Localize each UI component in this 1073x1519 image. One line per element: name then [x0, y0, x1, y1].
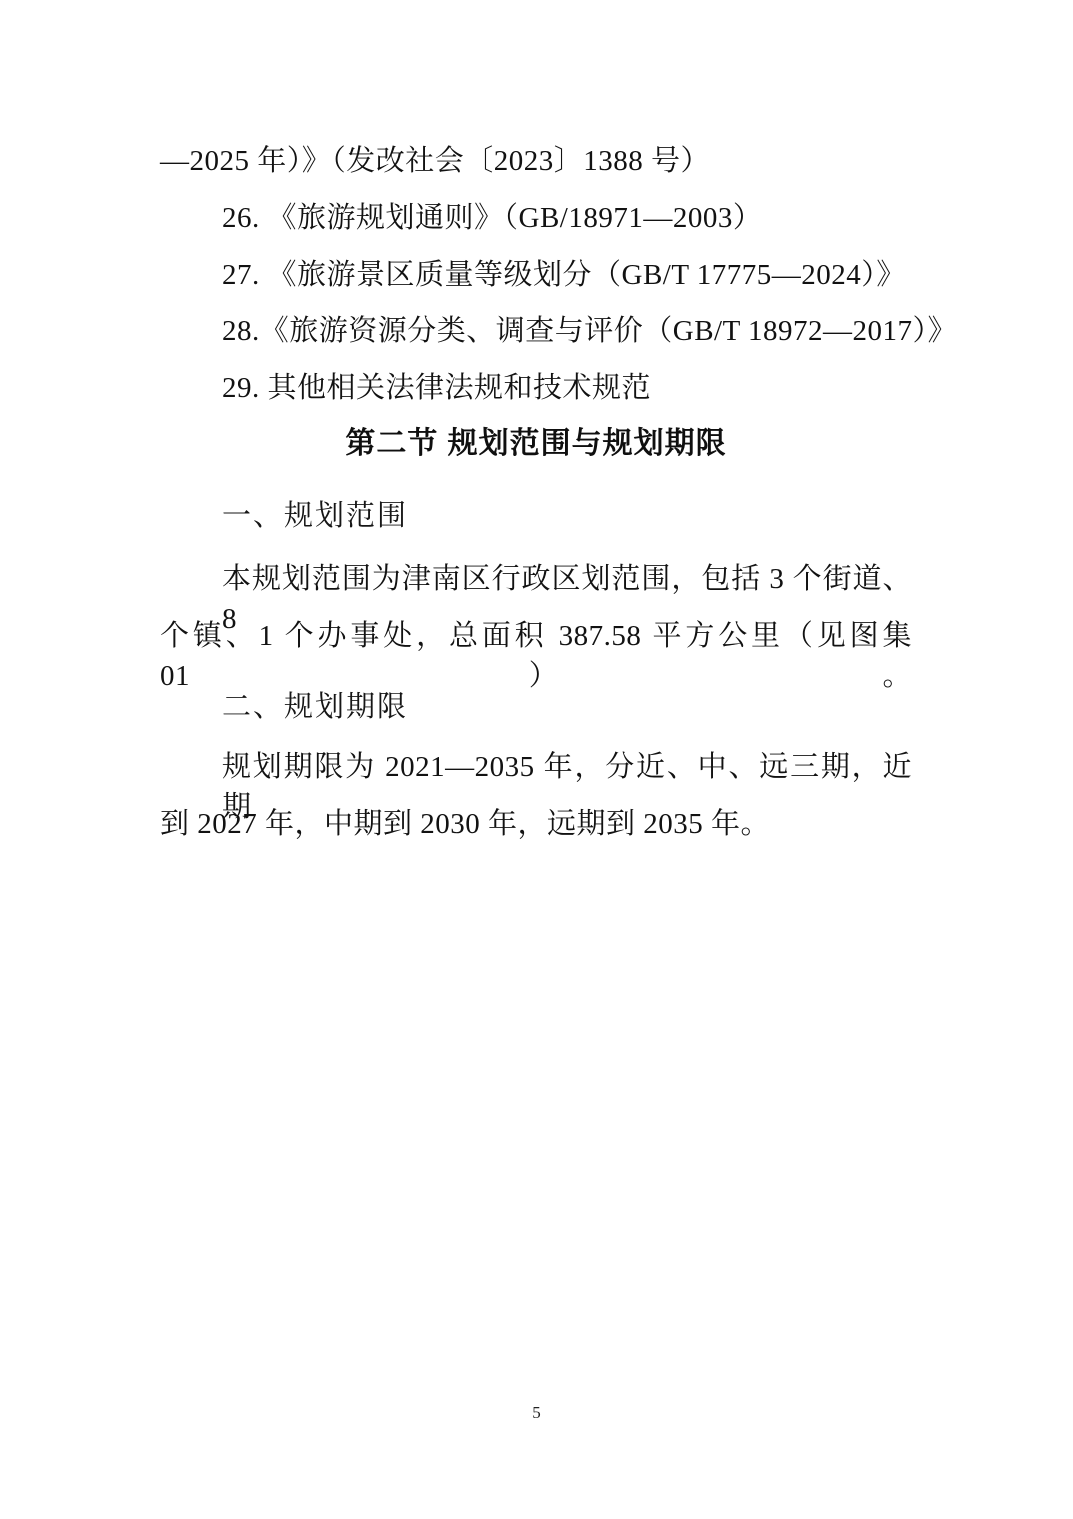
subsection-1-heading: 一、规划范围 [160, 496, 912, 536]
reference-item-28: 28.《旅游资源分类、调查与评价（GB/T 18972—2017）》 [160, 311, 912, 351]
document-page: —2025 年）》（发改社会〔2023〕1388 号） 26. 《旅游规划通则》… [0, 0, 1073, 1519]
subsection-2-heading: 二、规划期限 [160, 687, 912, 727]
reference-item-27: 27. 《旅游景区质量等级划分（GB/T 17775—2024）》 [160, 255, 912, 295]
reference-item-26: 26. 《旅游规划通则》（GB/18971—2003） [160, 198, 912, 238]
page-number: 5 [0, 1403, 1073, 1423]
subsection-2-paragraph-line-2: 到 2027 年，中期到 2030 年，远期到 2035 年。 [160, 804, 912, 844]
section-heading: 第二节 规划范围与规划期限 [160, 423, 912, 465]
continuation-line: —2025 年）》（发改社会〔2023〕1388 号） [160, 141, 912, 181]
reference-item-29: 29. 其他相关法律法规和技术规范 [160, 368, 912, 408]
subsection-1-paragraph-line-2: 个镇、1 个办事处，总面积 387.58 平方公里（见图集 01）。 [160, 616, 912, 696]
